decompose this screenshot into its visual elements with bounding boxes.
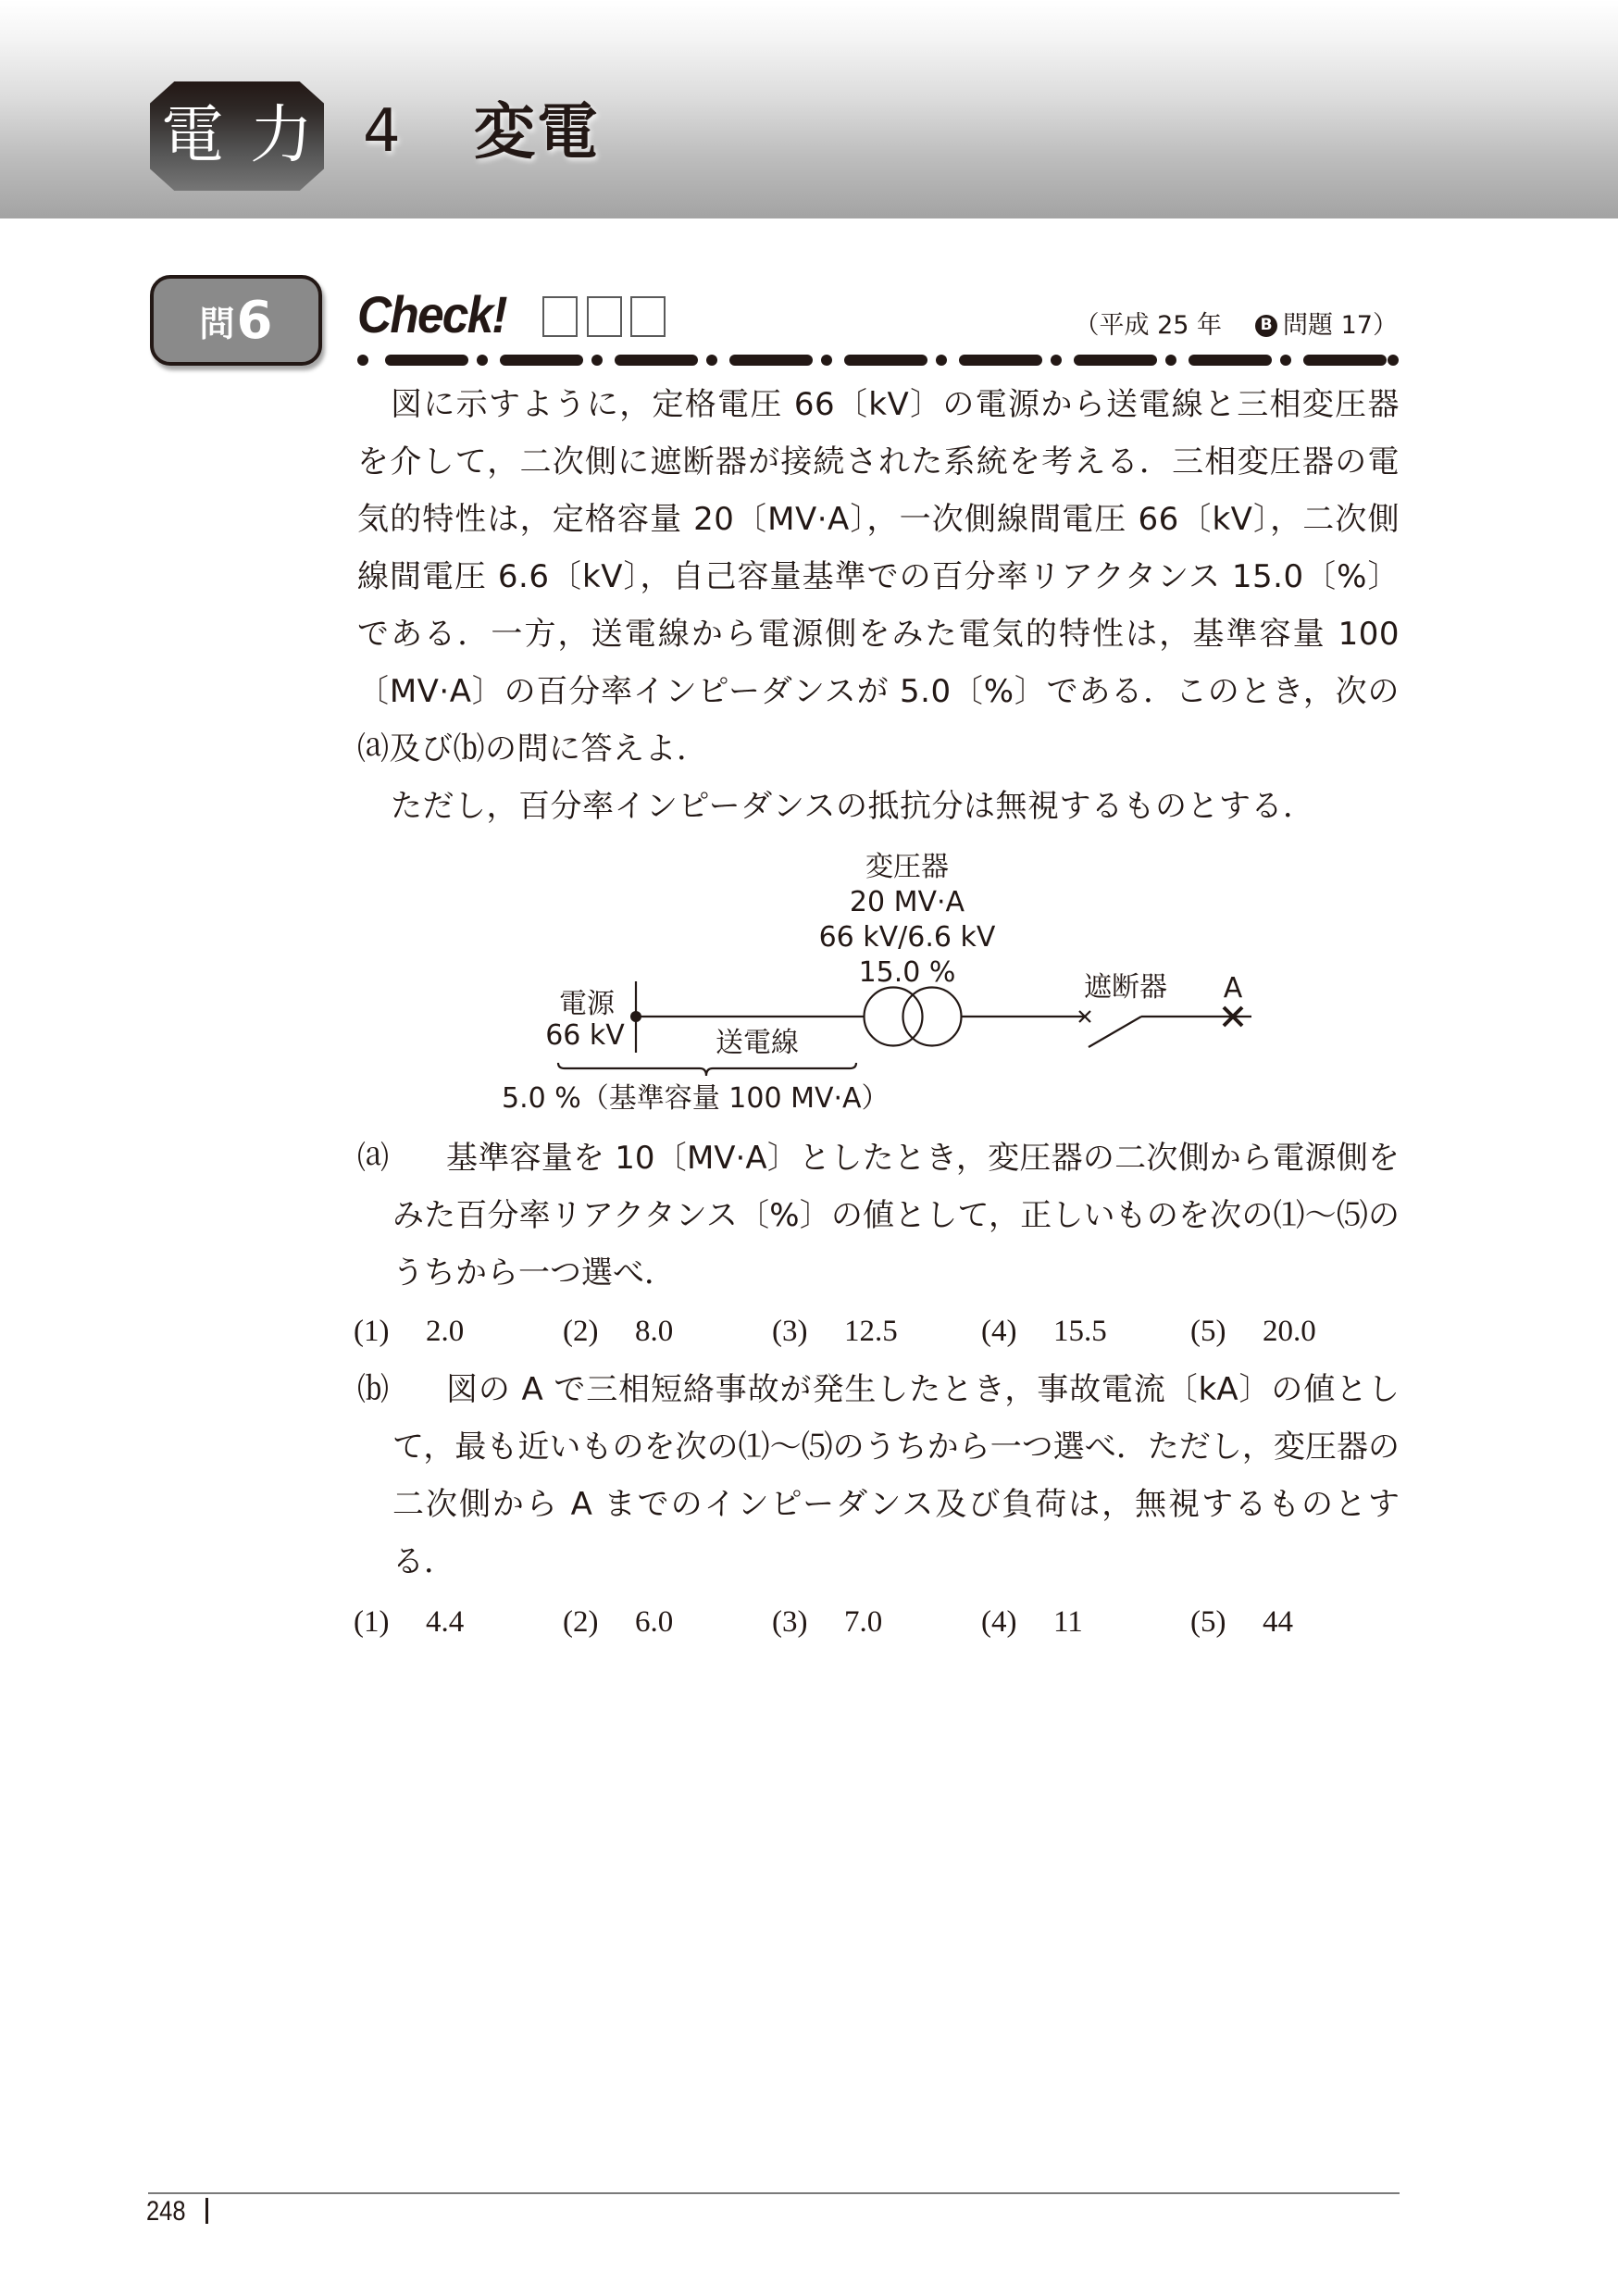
choice-number: (3) xyxy=(772,1607,844,1638)
choice-item[interactable]: (4) 15.5 xyxy=(981,1316,1190,1347)
transformer-capacity: 20 MV·A xyxy=(850,886,965,918)
breaker-blade-icon xyxy=(1089,1017,1141,1047)
footer-divider xyxy=(148,2192,1400,2194)
source-year: （平成 25 年 xyxy=(1075,313,1223,338)
choice-value: 44 xyxy=(1263,1607,1293,1638)
problem-statement: 図に示すように，定格電圧 66〔kV〕の電源から送電線と三相変圧器を介して，二次… xyxy=(357,376,1400,835)
source-problem: 問題 17） xyxy=(1283,313,1398,338)
transformer-primary-coil-icon xyxy=(865,988,923,1046)
problem-note: ただし，百分率インピーダンスの抵抗分は無視するものとする． xyxy=(357,778,1400,835)
check-label: Check! xyxy=(357,289,506,341)
sub-question-label: ⒝ xyxy=(357,1361,389,1418)
transformer-label: 変圧器 xyxy=(865,851,949,883)
choice-value: 6.0 xyxy=(635,1607,673,1638)
sub-question-label: ⒜ xyxy=(357,1129,389,1187)
choice-number: (1) xyxy=(354,1607,426,1638)
choice-number: (4) xyxy=(981,1316,1053,1347)
fault-point-x-icon xyxy=(1224,1007,1242,1026)
sub-question-b: ⒝ 図の A で三相短絡事故が発生したとき，事故電流〔kA〕の値として，最も近い… xyxy=(357,1361,1400,1591)
choice-item[interactable]: (5) 20.0 xyxy=(1190,1316,1400,1347)
choice-item[interactable]: (2) 8.0 xyxy=(563,1316,772,1347)
choice-value: 8.0 xyxy=(635,1316,673,1347)
bus-node-dot-icon xyxy=(630,1011,641,1022)
choice-item[interactable]: (3) 12.5 xyxy=(772,1316,981,1347)
question-number-badge: 問 6 xyxy=(150,275,322,366)
choice-number: (2) xyxy=(563,1316,635,1347)
line-impedance-note: 5.0 %（基準容量 100 MV·A） xyxy=(502,1082,890,1115)
choice-value: 12.5 xyxy=(844,1316,898,1347)
choice-item[interactable]: (1) 2.0 xyxy=(354,1316,563,1347)
dot-dash-divider xyxy=(357,355,1400,366)
b-circle-icon: B xyxy=(1255,315,1277,337)
choice-number: (5) xyxy=(1190,1607,1263,1638)
choice-value: 20.0 xyxy=(1263,1316,1316,1347)
breaker-contact-icon xyxy=(1079,1011,1090,1022)
transmission-line-label: 送電線 xyxy=(716,1027,799,1059)
choice-value: 15.5 xyxy=(1053,1316,1107,1347)
choice-value: 2.0 xyxy=(426,1316,464,1347)
subject-badge: 電 力 xyxy=(150,81,324,191)
fault-point-label: A xyxy=(1224,972,1243,1004)
choice-item[interactable]: (3) 7.0 xyxy=(772,1607,981,1638)
source-reference: （平成 25 年 B 問題 17） xyxy=(1075,313,1398,338)
choice-number: (5) xyxy=(1190,1316,1263,1347)
choices-b: (1) 4.4 (2) 6.0 (3) 7.0 (4) 11 (5) 44 xyxy=(354,1607,1400,1638)
sub-question-text: 図の A で三相短絡事故が発生したとき，事故電流〔kA〕の値として，最も近いもの… xyxy=(392,1361,1400,1591)
chapter-number: 4 xyxy=(363,102,401,161)
choice-item[interactable]: (2) 6.0 xyxy=(563,1607,772,1638)
choice-value: 7.0 xyxy=(844,1607,882,1638)
choice-number: (2) xyxy=(563,1607,635,1638)
check-box-3[interactable] xyxy=(630,296,666,337)
page-number: 248 xyxy=(146,2198,186,2226)
source-label: 電源 xyxy=(559,988,616,1020)
choice-item[interactable]: (4) 11 xyxy=(981,1607,1190,1638)
sub-question-text: 基準容量を 10〔MV·A〕としたとき，変圧器の二次側から電源側をみた百分率リア… xyxy=(392,1129,1400,1302)
chapter-title: 変電 xyxy=(474,102,600,163)
choice-value: 11 xyxy=(1053,1607,1083,1638)
check-box-1[interactable] xyxy=(542,296,578,337)
choice-number: (4) xyxy=(981,1607,1053,1638)
transformer-secondary-coil-icon xyxy=(903,988,962,1046)
source-voltage: 66 kV xyxy=(545,1019,625,1052)
question-badge-number: 6 xyxy=(237,291,273,351)
question-badge-kanji: 問 xyxy=(200,295,235,346)
sub-question-a: ⒜ 基準容量を 10〔MV·A〕としたとき，変圧器の二次側から電源側をみた百分率… xyxy=(357,1129,1400,1302)
choice-item[interactable]: (5) 44 xyxy=(1190,1607,1400,1638)
problem-paragraph: 図に示すように，定格電圧 66〔kV〕の電源から送電線と三相変圧器を介して，二次… xyxy=(357,376,1400,778)
transformer-voltage: 66 kV/6.6 kV xyxy=(819,921,996,954)
chapter-header-band: 電 力 4 変電 xyxy=(0,0,1618,218)
subject-badge-char: 電 xyxy=(161,105,224,168)
check-box-2[interactable] xyxy=(587,296,622,337)
transformer-reactance: 15.0 % xyxy=(859,956,956,989)
choice-value: 4.4 xyxy=(426,1607,464,1638)
choice-number: (1) xyxy=(354,1316,426,1347)
page-number-bar xyxy=(205,2198,208,2224)
choice-number: (3) xyxy=(772,1316,844,1347)
choice-item[interactable]: (1) 4.4 xyxy=(354,1607,563,1638)
brace-icon xyxy=(558,1063,856,1076)
breaker-label: 遮断器 xyxy=(1084,971,1167,1004)
choices-a: (1) 2.0 (2) 8.0 (3) 12.5 (4) 15.5 (5) 20… xyxy=(354,1316,1400,1347)
subject-badge-char: 力 xyxy=(250,105,313,168)
